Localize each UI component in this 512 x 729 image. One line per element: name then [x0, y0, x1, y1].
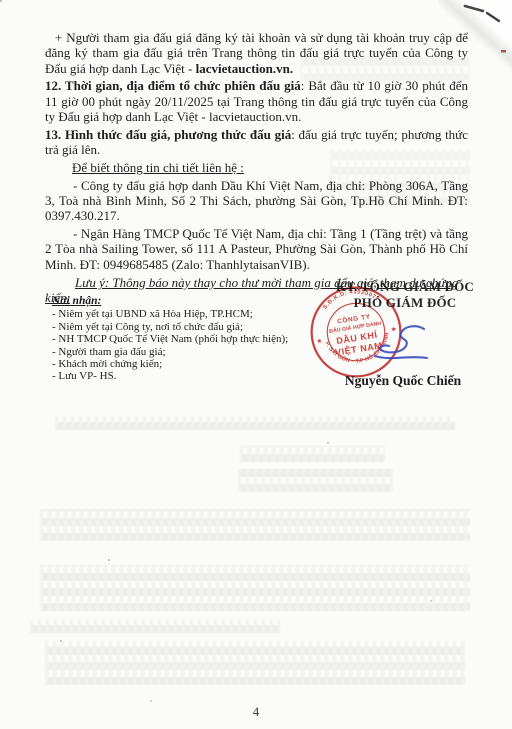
section-12-heading: 12. Thời gian, địa điểm tổ chức phiên đấ…: [45, 78, 301, 93]
recipients-block: Nơi nhận: - Niêm yết tại UBND xã Hòa Hiệ…: [52, 295, 302, 383]
scan-bleed-artifact: [240, 446, 385, 462]
scanned-document-page: + Người tham gia đấu giá đăng ký tài kho…: [0, 0, 512, 729]
scan-bleed-artifact: [40, 509, 470, 541]
recipient-item: - Người tham gia đấu giá;: [52, 346, 302, 358]
recipient-item: - Niêm yết tại UBND xã Hòa Hiệp, TP.HCM;: [52, 308, 302, 320]
page-number: 4: [0, 705, 512, 720]
document-body: + Người tham gia đấu giá đăng ký tài kho…: [45, 30, 468, 308]
recipient-item: - Lưu VP- HS.: [52, 370, 302, 382]
contact-info-heading-text: Để biết thông tin chi tiết liên hệ :: [72, 160, 244, 175]
section-13-heading: 13. Hình thức đấu giá, phương thức đấu g…: [45, 127, 291, 142]
scan-bleed-artifact: [45, 641, 465, 685]
stamp-registration-arc: S.Đ.K.D: 41020077: [320, 285, 381, 311]
pen-mark-icon: [455, 0, 512, 60]
scan-bleed-artifact: [30, 620, 280, 633]
handwritten-signature: [368, 321, 432, 365]
scan-bleed-artifact: [55, 416, 455, 430]
recipient-item: - NH TMCP Quốc Tế Việt Nam (phối hợp thự…: [52, 333, 302, 345]
scan-speckle-artifact: [0, 0, 2, 2]
paragraph-section-12: 12. Thời gian, địa điểm tổ chức phiên đấ…: [45, 78, 468, 124]
contact-info-heading: Để biết thông tin chi tiết liên hệ :: [45, 160, 468, 175]
paragraph-registration: + Người tham gia đấu giá đăng ký tài kho…: [45, 30, 468, 76]
scan-bleed-artifact: [40, 565, 470, 611]
recipient-item: - Niêm yết tại Công ty, nơi tổ chức đấu …: [52, 321, 302, 333]
signer-name: Nguyễn Quốc Chiến: [328, 373, 478, 389]
paragraph-contact-company: - Công ty đấu giá hợp danh Dầu Khí Việt …: [45, 178, 468, 224]
recipient-item: - Khách mời chứng kiến;: [52, 358, 302, 370]
paragraph-registration-website: lacvietauction.vn.: [196, 61, 294, 76]
stamp-star-left-icon: ★: [316, 338, 323, 346]
scan-bleed-artifact: [238, 469, 393, 492]
recipients-heading: Nơi nhận:: [52, 295, 302, 307]
paragraph-section-13: 13. Hình thức đấu giá, phương thức đấu g…: [45, 127, 468, 158]
paragraph-contact-bank: - Ngân Hàng TMCP Quốc Tế Việt Nam, địa c…: [45, 226, 468, 272]
